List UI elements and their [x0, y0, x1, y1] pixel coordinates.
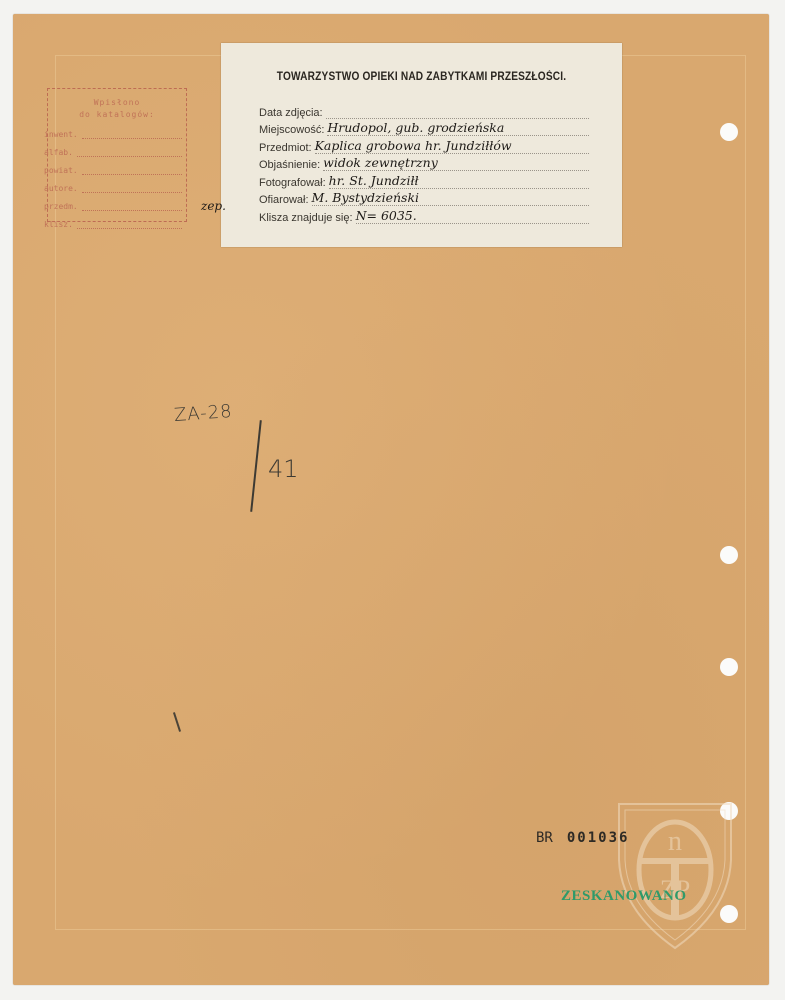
- handwritten-code: ZA-28: [173, 401, 233, 426]
- field-label: Ofiarował:: [259, 194, 309, 206]
- stamp-row-label: klisz.: [44, 220, 73, 229]
- stamp-row: autore.: [44, 181, 182, 193]
- svg-text:n: n: [668, 826, 682, 857]
- stamp-row: alfab.: [44, 145, 182, 157]
- field-label: Przedmiot:: [259, 142, 312, 154]
- photo-label-card: TOWARZYSTWO OPIEKI NAD ZABYTKAMI PRZESZŁ…: [221, 43, 622, 247]
- field-value: [326, 104, 589, 119]
- stamp-dotted-line: [82, 185, 182, 193]
- field-label: Klisza znajduje się:: [259, 212, 353, 224]
- field-value: hr. St. Jundziłł: [329, 174, 589, 189]
- stamp-row: przedm.: [44, 199, 182, 211]
- punch-hole: [720, 123, 738, 141]
- scanned-stamp: ZESKANOWANO: [561, 888, 687, 905]
- punch-hole: [720, 658, 738, 676]
- field-value: M. Bystydzieński: [312, 191, 589, 206]
- handwritten-number: 41: [268, 455, 299, 483]
- stamp-row: powiat.: [44, 163, 182, 175]
- field-value: widok zewnętrzny: [323, 156, 589, 171]
- stamp-title: Wpisłono do katalogów:: [48, 97, 186, 121]
- field-description: Objaśnienie:widok zewnętrzny: [259, 154, 589, 172]
- stamp-row-label: przedm.: [44, 202, 78, 211]
- field-value: Hrudopol, gub. grodzieńska: [327, 121, 589, 136]
- ntp-watermark-shield-icon: n ZP: [615, 800, 735, 952]
- field-subject: Przedmiot:Kaplica grobowa hr. Jundziłłów: [259, 136, 589, 154]
- inventory-number: BR001036: [536, 830, 629, 846]
- stamp-row-label: powiat.: [44, 166, 78, 175]
- stamp-dotted-line: [82, 131, 182, 139]
- stamp-dotted-line: [77, 149, 182, 157]
- field-label: Miejscowość:: [259, 124, 324, 136]
- field-negative-location: Klisza znajduje się:N= 6035.: [259, 206, 589, 224]
- stamp-title-line1: Wpisłono: [48, 97, 186, 109]
- inventory-prefix: BR: [536, 830, 553, 846]
- stamp-row: inwent.: [44, 127, 182, 139]
- stamp-row-label: alfab.: [44, 148, 73, 157]
- field-photographer: Fotografował:hr. St. Jundziłł: [259, 171, 589, 189]
- punch-hole: [720, 546, 738, 564]
- card-title: TOWARZYSTWO OPIEKI NAD ZABYTKAMI PRZESZŁ…: [245, 71, 598, 83]
- card-fields: Data zdjęcia: Miejscowość:Hrudopol, gub.…: [259, 101, 589, 224]
- catalog-stamp: Wpisłono do katalogów: inwent. alfab. po…: [47, 88, 187, 222]
- field-label: Data zdjęcia:: [259, 107, 323, 119]
- field-donor: Ofiarował:M. Bystydzieński: [259, 189, 589, 207]
- stamp-dotted-line: [82, 203, 182, 211]
- stamp-row-label: inwent.: [44, 130, 78, 139]
- field-value: Kaplica grobowa hr. Jundziłłów: [315, 139, 589, 154]
- stamp-dotted-line: [82, 167, 182, 175]
- field-label: Fotografował:: [259, 177, 326, 189]
- stamp-title-line2: do katalogów:: [48, 109, 186, 121]
- field-label: Objaśnienie:: [259, 159, 320, 171]
- stamp-dotted-line: [77, 221, 182, 229]
- stamp-row-label: autore.: [44, 184, 78, 193]
- field-value: N= 6035.: [356, 209, 589, 224]
- margin-annotation: zep.: [201, 199, 226, 213]
- field-photo-date: Data zdjęcia:: [259, 101, 589, 119]
- inventory-id: 001036: [567, 830, 630, 846]
- stamp-row: klisz.: [44, 217, 182, 229]
- field-location: Miejscowość:Hrudopol, gub. grodzieńska: [259, 119, 589, 137]
